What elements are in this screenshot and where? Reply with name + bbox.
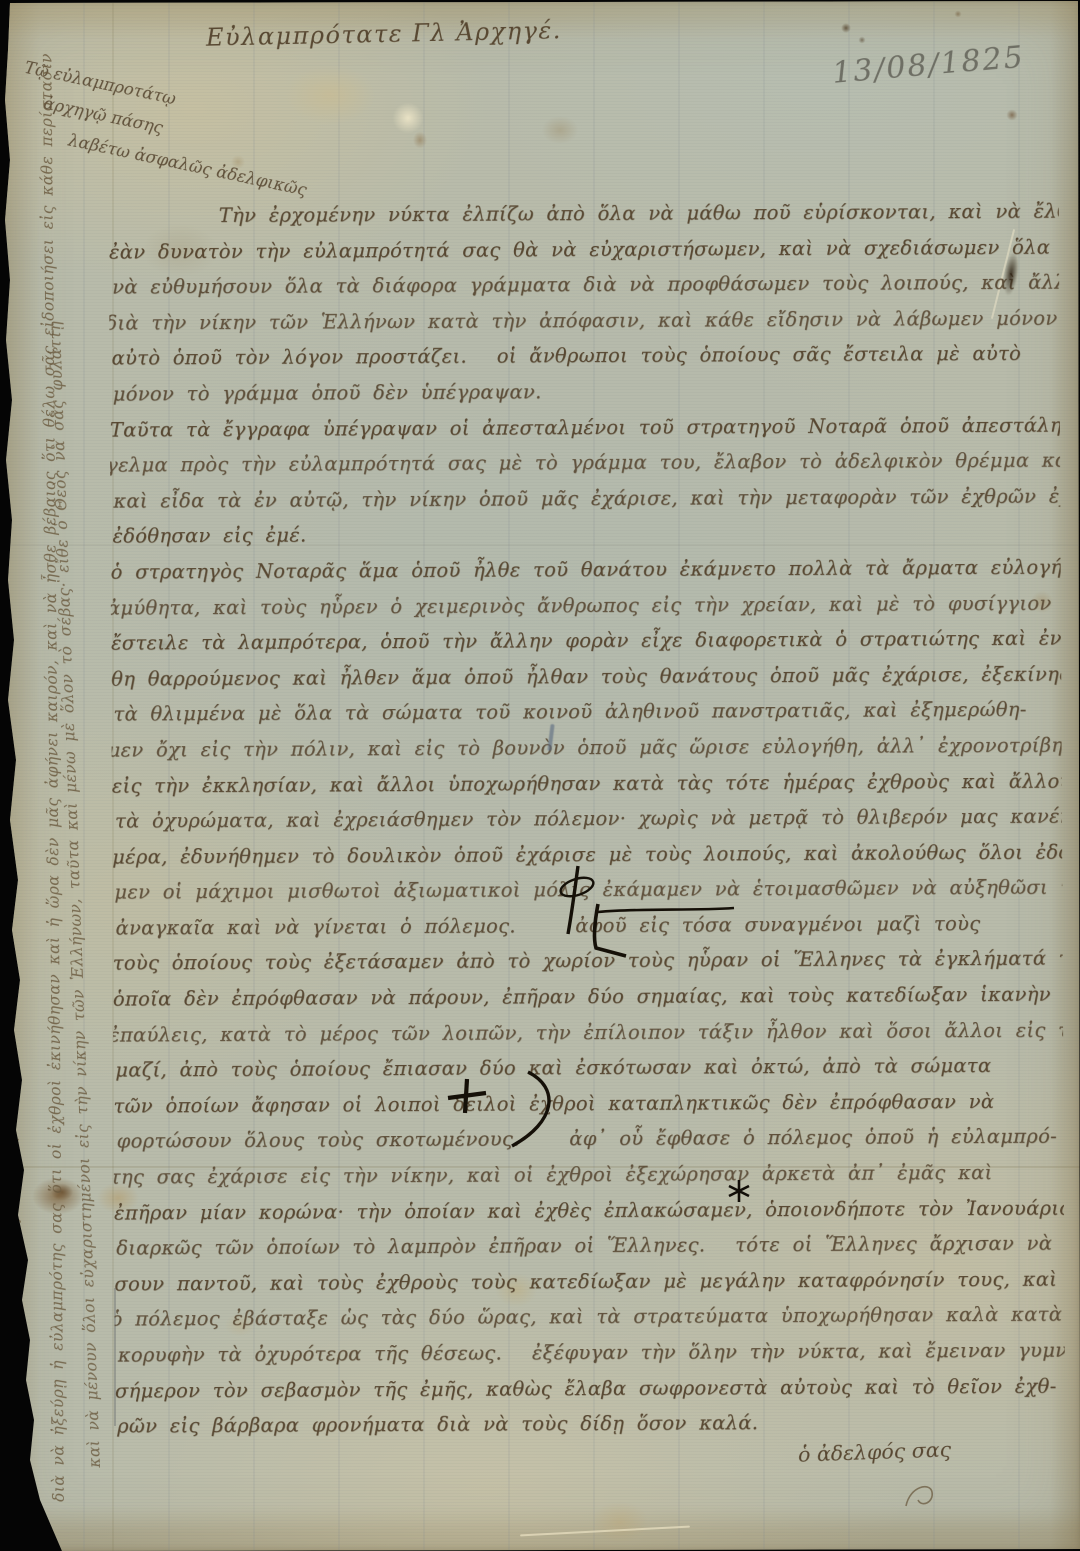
handwritten-line: ὁ πόλεμος ἐβάσταξε ὡς τὰς δύο ὥρας, καὶ … (110, 1297, 1064, 1338)
closing-signature: ὁ ἀδελφός σας (798, 1437, 952, 1466)
handwritten-line: τῶν ὁποίων ἄφησαν οἱ λοιποὶ δειλοὶ ἐχθρο… (113, 1083, 1063, 1124)
letter-paper: Εὐλαμπρότατε Γλ Ἀρχηγέ. Τῷ εὐλαμπροτάτῳἀ… (0, 0, 1080, 1551)
date-annotation: 13/08/1825 (831, 40, 1026, 92)
handwritten-line: της σας ἐχάρισε εἰς τὴν νίκην, καὶ οἱ ἐχ… (110, 1155, 1064, 1196)
handwritten-line: ἐπῆραν μίαν κορώνα· τὴν ὁποίαν καὶ ἐχθὲς… (114, 1190, 1064, 1231)
handwritten-line: ἐπαύλεις, κατὰ τὸ μέρος τῶν λοιπῶν, τὴν … (109, 1012, 1063, 1053)
scanned-letter-page: Εὐλαμπρότατε Γλ Ἀρχηγέ. Τῷ εὐλαμπροτάτῳἀ… (0, 0, 1080, 1551)
handwritten-line: σουν παντοῦ, καὶ τοὺς ἐχθροὺς τοὺς κατεδ… (114, 1261, 1064, 1302)
handwritten-line: αὐτὸ ὁποῦ τὸν λόγον προστάζει. οἱ ἄνθρωπ… (111, 336, 1059, 377)
handwritten-line: εἰς τὴν ἐκκλησίαν, καὶ ἄλλοι ὑποχωρήθησα… (112, 763, 1062, 804)
scratch-crease-bottom (520, 1526, 690, 1537)
insertion-mark-plus-icon (436, 1066, 571, 1151)
handwritten-line: Ταῦτα τὰ ἔγγραφα ὑπέγραψαν οἱ ἀπεσταλμέν… (110, 407, 1060, 448)
margin-note-1: ὅλα ὅσα μοῦ ἐγράφησαν εἰς τὸ μέρος ὁποῦ … (0, 308, 30, 1548)
handwritten-line: μαζί, ἀπὸ τοὺς ὁποίους ἔπιασαν δύο καὶ ἐ… (115, 1048, 1063, 1089)
handwritten-line: τὰ θλιμμένα μὲ ὅλα τὰ σώματα τοῦ κοινοῦ … (113, 692, 1061, 733)
handwritten-line: γελμα πρὸς τὴν εὐλαμπρότητά σας μὲ τὸ γρ… (109, 443, 1060, 484)
handwritten-line: τὰ ὀχυρώματα, καὶ ἐχρειάσθημεν τὸν πόλεμ… (115, 799, 1062, 840)
handwritten-line: διὰ τὴν νίκην τῶν Ἑλλήνων κατὰ τὴν ἀπόφα… (109, 300, 1060, 341)
handwritten-line: κορυφὴν τὰ ὀχυρότερα τῆς θέσεως. ἐξέφυγα… (118, 1333, 1065, 1374)
handwritten-line: καὶ εἶδα τὰ ἐν αὐτῷ, τὴν νίκην ὁποῦ μᾶς … (113, 478, 1060, 519)
insertion-mark-bracket-icon (582, 898, 752, 960)
handwritten-line: νὰ εὐθυμήσουν ὅλα τὰ διάφορα γράμματα δι… (112, 265, 1059, 306)
handwritten-line: ὁ στρατηγὸς Νοταρᾶς ἅμα ὁποῦ ἦλθε τοῦ θα… (111, 549, 1061, 590)
salutation-line: Εὐλαμπρότατε Γλ Ἀρχηγέ. (206, 16, 562, 51)
handwritten-line: μόνον τὸ γράμμα ὁποῦ δὲν ὑπέγραψαν. (113, 371, 1060, 412)
handwritten-line: θη θαρρούμενος καὶ ἦλθεν ἅμα ὁποῦ ἦλθαν … (111, 656, 1061, 697)
handwritten-line: ὁποῖα δὲν ἐπρόφθασαν νὰ πάρουν, ἐπῆραν δ… (113, 977, 1063, 1018)
handwritten-line: ἐδόθησαν εἰς ἐμέ. (112, 514, 1060, 555)
handwritten-line: μεν ὄχι εἰς τὴν πόλιν, καὶ εἰς τὸ βουνὸν… (109, 727, 1062, 768)
handwritten-line: σήμερον τὸν σεβασμὸν τῆς ἐμῆς, καθὼς ἔλα… (115, 1368, 1065, 1409)
asterisk-mark-icon (726, 1178, 752, 1204)
handwritten-line: φορτώσουν ὅλους τοὺς σκοτωμένους. ἀφ᾽ οὗ… (117, 1119, 1064, 1160)
handwritten-line: διαρκῶς τῶν ὁποίων τὸ λαμπρὸν ἐπῆραν οἱ … (116, 1226, 1064, 1267)
handwritten-line: ἀμύθητα, καὶ τοὺς ηὗρεν ὁ χειμερινὸς ἄνθ… (109, 585, 1061, 626)
body-text: Τὴν ἐρχομένην νύκτα ἐλπίζω ἀπὸ ὅλα νὰ μά… (109, 194, 1066, 1455)
handwritten-line: ἐὰν δυνατὸν τὴν εὐλαμπρότητά σας θὰ νὰ ε… (109, 229, 1059, 270)
handwritten-line: ἔστειλε τὰ λαμπρότερα, ὁποῦ τὴν ἄλλην φο… (111, 621, 1061, 662)
handwritten-line: Τὴν ἐρχομένην νύκτα ἐλπίζω ἀπὸ ὅλα νὰ μά… (109, 194, 1059, 235)
signature-flourish-icon (900, 1478, 940, 1512)
